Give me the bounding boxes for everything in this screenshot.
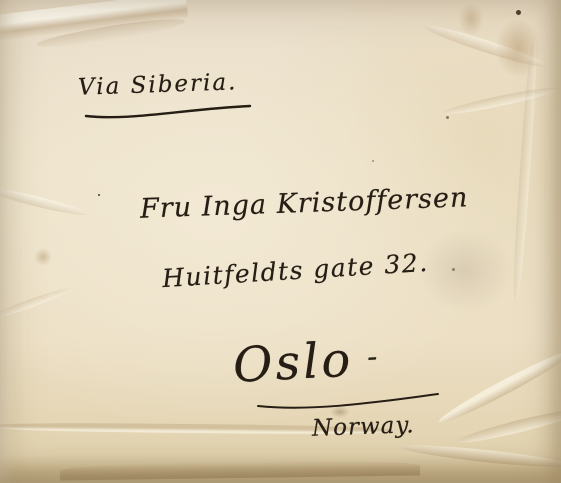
street-line: Huitfeldts gate 32.	[161, 248, 429, 293]
city-name: Oslo	[232, 332, 355, 394]
stain-left-small	[34, 248, 52, 266]
crease-right-vertical	[511, 40, 539, 300]
crease-bottom-edge-shadow	[60, 459, 420, 480]
city-line: Oslo-	[232, 330, 382, 394]
recipient-line: Fru Inga Kristoffersen	[140, 182, 469, 224]
crease-top-left-fold	[0, 0, 189, 50]
city-underline	[258, 394, 438, 408]
stain-top-right-streak	[458, 2, 484, 36]
stain-top-right-blotch	[495, 18, 541, 78]
crease-top-right-wrinkle	[421, 20, 548, 72]
country-line: Norway.	[312, 412, 415, 442]
crease-top-left-shadow	[36, 14, 186, 51]
crease-bottom-right-crumple-3	[400, 441, 561, 471]
stain-right-middle-smudge	[418, 228, 513, 313]
crease-bottom-right-crumple-2	[455, 404, 561, 447]
route-note: Via Siberia.	[78, 69, 238, 101]
ink-speck-4	[372, 160, 374, 162]
scan-vignette	[0, 0, 561, 483]
crease-left-middle	[0, 183, 90, 219]
envelope-scan: Via Siberia. Fru Inga Kristoffersen Huit…	[0, 0, 561, 483]
crease-bottom-right-crumple-1	[435, 346, 561, 429]
city-dash: -	[366, 339, 381, 375]
ink-speck-5	[452, 268, 455, 271]
crease-left-diagonal	[0, 285, 73, 323]
ink-speck-3	[446, 116, 449, 119]
route-note-underline	[86, 106, 250, 117]
ink-speck-2	[98, 194, 100, 196]
underline-strokes	[0, 0, 561, 483]
crease-top-right-wrinkle-2	[440, 84, 559, 119]
ink-speck-1	[516, 10, 521, 15]
